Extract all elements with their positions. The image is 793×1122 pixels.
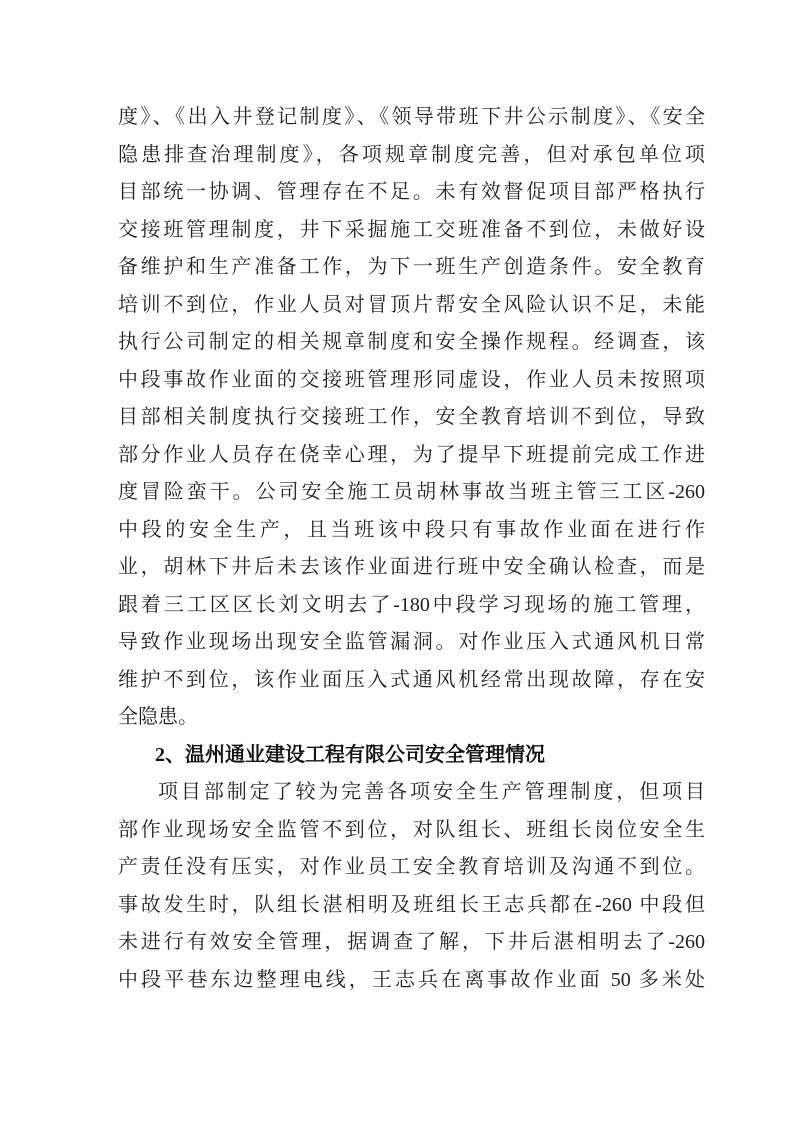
text-line: 跟着三工区区长刘文明去了-180中段学习现场的施工管理， [118, 587, 705, 625]
section-heading: 2、温州通业建设工程有限公司安全管理情况 [118, 737, 705, 775]
text-line: 中段平巷东边整理电线，王志兵在离事故作业面 50 多米处 [118, 962, 705, 1000]
text-line: 部分作业人员存在侥幸心理，为了提早下班提前完成工作进 [118, 437, 705, 475]
text-line: 导致作业现场出现安全监管漏洞。对作业压入式通风机日常 [118, 624, 705, 662]
text-line: 中段的安全生产，且当班该中段只有事故作业面在进行作 [118, 512, 705, 550]
text-line: 度》、《出入井登记制度》、《领导带班下井公示制度》、《安全 [118, 99, 705, 137]
paragraph-end-line: 全隐患。 [118, 699, 705, 737]
document-page: 度》、《出入井登记制度》、《领导带班下井公示制度》、《安全 隐患排查治理制度》，… [0, 0, 793, 1122]
text-line: 目部相关制度执行交接班工作，安全教育培训不到位，导致 [118, 399, 705, 437]
text-line: 事故发生时，队组长湛相明及班组长王志兵都在-260 中段但 [118, 887, 705, 925]
text-line: 培训不到位，作业人员对冒顶片帮安全风险认识不足，未能 [118, 287, 705, 325]
text-line: 维护不到位，该作业面压入式通风机经常出现故障，存在安 [118, 662, 705, 700]
page-content: 度》、《出入井登记制度》、《领导带班下井公示制度》、《安全 隐患排查治理制度》，… [118, 99, 705, 999]
paragraph-first-line: 项目部制定了较为完善各项安全生产管理制度，但项目 [118, 774, 705, 812]
text-line: 度冒险蛮干。公司安全施工员胡林事故当班主管三工区-260 [118, 474, 705, 512]
text-line: 业，胡林下井后未去该作业面进行班中安全确认检查，而是 [118, 549, 705, 587]
text-line: 目部统一协调、管理存在不足。未有效督促项目部严格执行 [118, 174, 705, 212]
text-line: 交接班管理制度，井下采掘施工交班准备不到位，未做好设 [118, 212, 705, 250]
text-line: 备维护和生产准备工作，为下一班生产创造条件。安全教育 [118, 249, 705, 287]
text-line: 未进行有效安全管理，据调查了解，下井后湛相明去了-260 [118, 924, 705, 962]
text-line: 产责任没有压实，对作业员工安全教育培训及沟通不到位。 [118, 849, 705, 887]
text-line: 隐患排查治理制度》，各项规章制度完善，但对承包单位项 [118, 137, 705, 175]
text-line: 执行公司制定的相关规章制度和安全操作规程。经调查，该 [118, 324, 705, 362]
text-line: 部作业现场安全监管不到位，对队组长、班组长岗位安全生 [118, 812, 705, 850]
text-line: 中段事故作业面的交接班管理形同虚设，作业人员未按照项 [118, 362, 705, 400]
